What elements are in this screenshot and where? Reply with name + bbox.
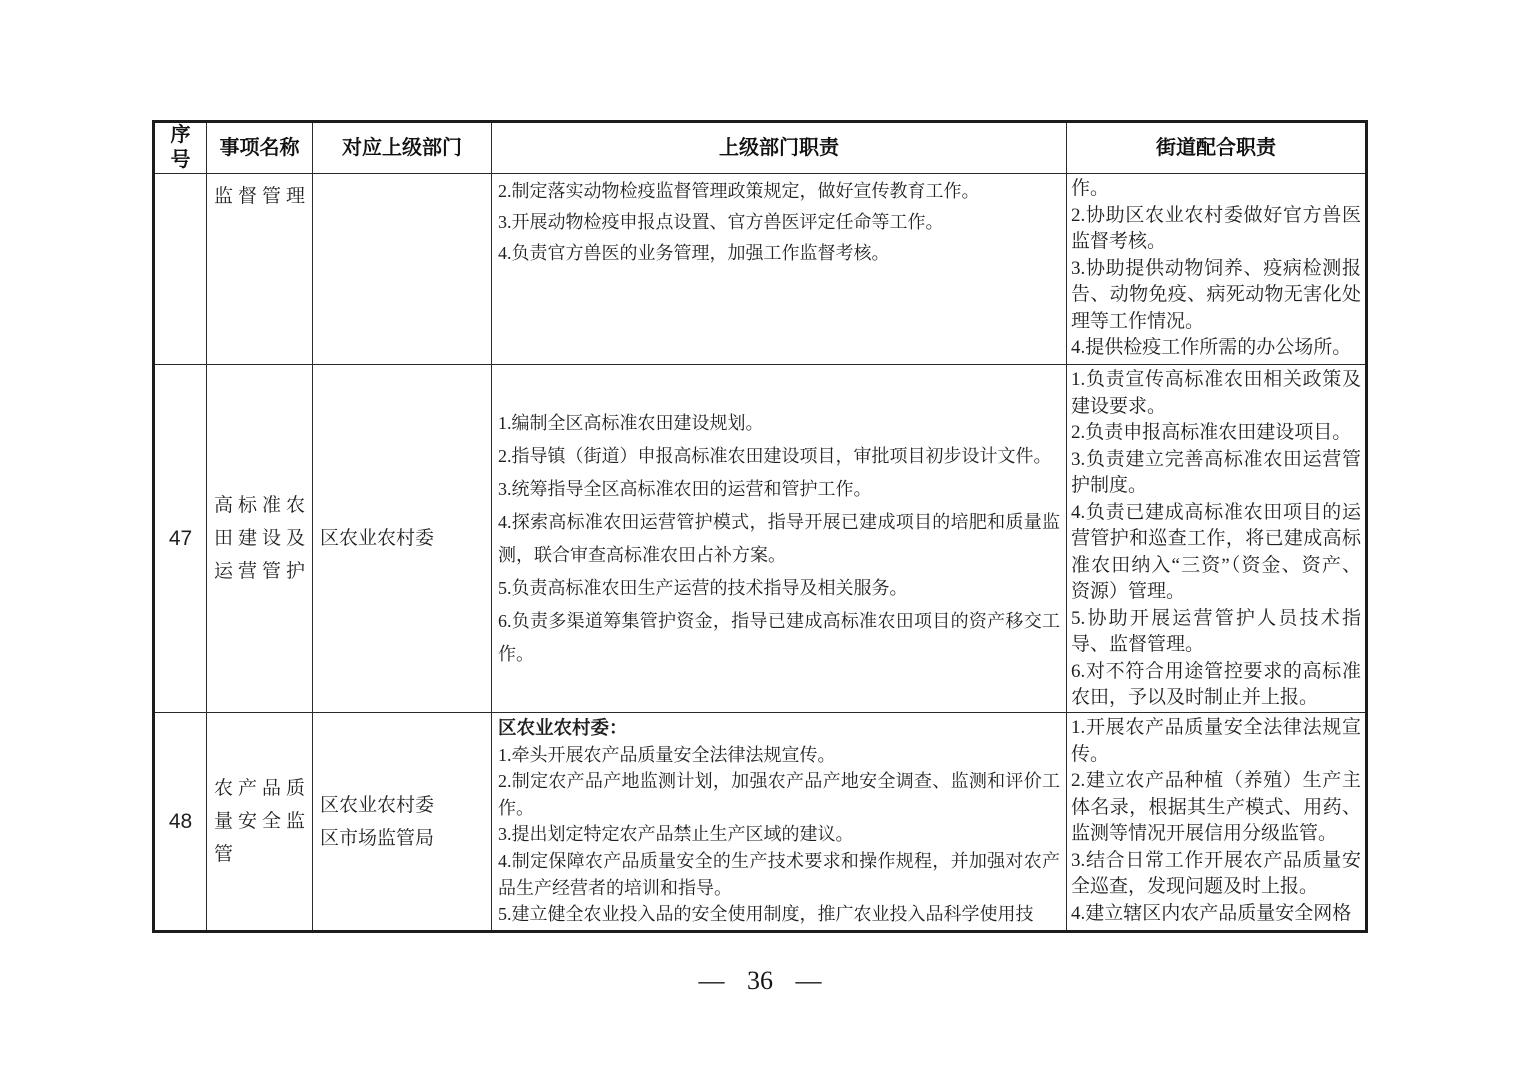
duty-item: 3.开展动物检疫申报点设置、官方兽医评定任命等工作。 [498,207,1060,238]
col-header-item-name: 事项名称 [207,122,313,174]
duty-item: 作。 [1071,176,1361,203]
duty-item: 4.负责官方兽医的业务管理，加强工作监督考核。 [498,238,1060,269]
superior-duty-cell: 2.制定落实动物检疫监督管理政策规定，做好宣传教育工作。3.开展动物检疫申报点设… [492,174,1067,365]
duty-item: 4.负责已建成高标准农田项目的运营管护和巡查工作，将已建成高标准农田纳入“三资”… [1071,500,1361,606]
duty-item: 3.协助提供动物饲养、疫病检测报告、动物免疫、病死动物无害化处理等工作情况。 [1071,256,1361,336]
document-page: 序号 事项名称 对应上级部门 上级部门职责 街道配合职责 监督管理 2.制定 [0,0,1520,1074]
duty-item: 1.负责宣传高标准农田相关政策及建设要求。 [1071,367,1361,420]
serial-cell [154,174,207,365]
duty-item: 2.制定农产品产地监测计划，加强农产品产地安全调查、监测和评价工作。 [498,768,1060,821]
street-duty-cell: 1.负责宣传高标准农田相关政策及建设要求。2.负责申报高标准农田建设项目。3.负… [1067,365,1367,713]
superior-duty-cell: 区农业农村委： 1.牵头开展农产品质量安全法律法规宣传。2.制定农产品产地监测计… [492,713,1067,932]
col-header-street-duty: 街道配合职责 [1067,122,1367,174]
duty-item: 3.统筹指导全区高标准农田的运营和管护工作。 [498,473,1060,506]
duty-item: 5.负责高标准农田生产运营的技术指导及相关服务。 [498,572,1060,605]
item-name-cell: 高标准农田建设及运营管护 [207,365,313,713]
duty-table: 序号 事项名称 对应上级部门 上级部门职责 街道配合职责 监督管理 2.制定 [152,120,1368,933]
duty-item: 2.制定落实动物检疫监督管理政策规定，做好宣传教育工作。 [498,176,1060,207]
duty-item: 3.提出划定特定农产品禁止生产区域的建议。 [498,821,1060,848]
duty-item: 2.建立农产品种植（养殖）生产主体名录，根据其生产模式、用药、监测等情况开展信用… [1071,768,1361,848]
col-header-department: 对应上级部门 [313,122,492,174]
serial-cell: 47 [154,365,207,713]
duty-item: 2.指导镇（街道）申报高标准农田建设项目，审批项目初步设计文件。 [498,440,1060,473]
department-cell [313,174,492,365]
duty-item: 2.协助区农业农村委做好官方兽医监督考核。 [1071,203,1361,256]
duty-item: 6.负责多渠道筹集管护资金，指导已建成高标准农田项目的资产移交工作。 [498,605,1060,671]
street-duty-cell: 作。2.协助区农业农村委做好官方兽医监督考核。3.协助提供动物饲养、疫病检测报告… [1067,174,1367,365]
item-name-cell: 监督管理 [207,174,313,365]
col-header-superior-duty: 上级部门职责 [492,122,1067,174]
duty-item: 5.建立健全农业投入品的安全使用制度，推广农业投入品科学使用技 [498,901,1060,928]
table-row-continued: 监督管理 2.制定落实动物检疫监督管理政策规定，做好宣传教育工作。3.开展动物检… [154,174,1367,365]
department-cell: 区农业农村委 区市场监管局 [313,713,492,932]
header-row: 序号 事项名称 对应上级部门 上级部门职责 街道配合职责 [154,122,1367,174]
superior-duty-cell: 1.编制全区高标准农田建设规划。2.指导镇（街道）申报高标准农田建设项目，审批项… [492,365,1067,713]
item-name-cell: 农产品质量安全监管 [207,713,313,932]
page-number: — 36 — [0,966,1520,996]
duty-item: 4.建立辖区内农产品质量安全网格 [1071,901,1361,928]
duty-item: 3.负责建立完善高标准农田运营管护制度。 [1071,447,1361,500]
duty-heading: 区农业农村委： [498,715,1060,742]
street-duty-cell: 1.开展农产品质量安全法律法规宣传。2.建立农产品种植（养殖）生产主体名录，根据… [1067,713,1367,932]
duty-item: 1.编制全区高标准农田建设规划。 [498,407,1060,440]
duty-item: 1.牵头开展农产品质量安全法律法规宣传。 [498,742,1060,769]
duty-item: 6.对不符合用途管控要求的高标准农田，予以及时制止并上报。 [1071,659,1361,712]
table-row-48: 48 农产品质量安全监管 区农业农村委 区市场监管局 区农业农村委： 1.牵头开… [154,713,1367,932]
duty-item: 1.开展农产品质量安全法律法规宣传。 [1071,715,1361,768]
serial-cell: 48 [154,713,207,932]
duty-item: 4.提供检疫工作所需的办公场所。 [1071,335,1361,362]
duty-item: 4.制定保障农产品质量安全的生产技术要求和操作规程，并加强对农产品生产经营者的培… [498,848,1060,901]
department-cell: 区农业农村委 [313,365,492,713]
duty-item: 5.协助开展运营管护人员技术指导、监督管理。 [1071,606,1361,659]
duty-item: 3.结合日常工作开展农产品质量安全巡查，发现问题及时上报。 [1071,848,1361,901]
duty-item: 2.负责申报高标准农田建设项目。 [1071,420,1361,447]
duty-item: 4.探索高标准农田运营管护模式，指导开展已建成项目的培肥和质量监测，联合审查高标… [498,506,1060,572]
table-row-47: 47 高标准农田建设及运营管护 区农业农村委 1.编制全区高标准农田建设规划。2… [154,365,1367,713]
col-header-serial: 序号 [154,122,207,174]
